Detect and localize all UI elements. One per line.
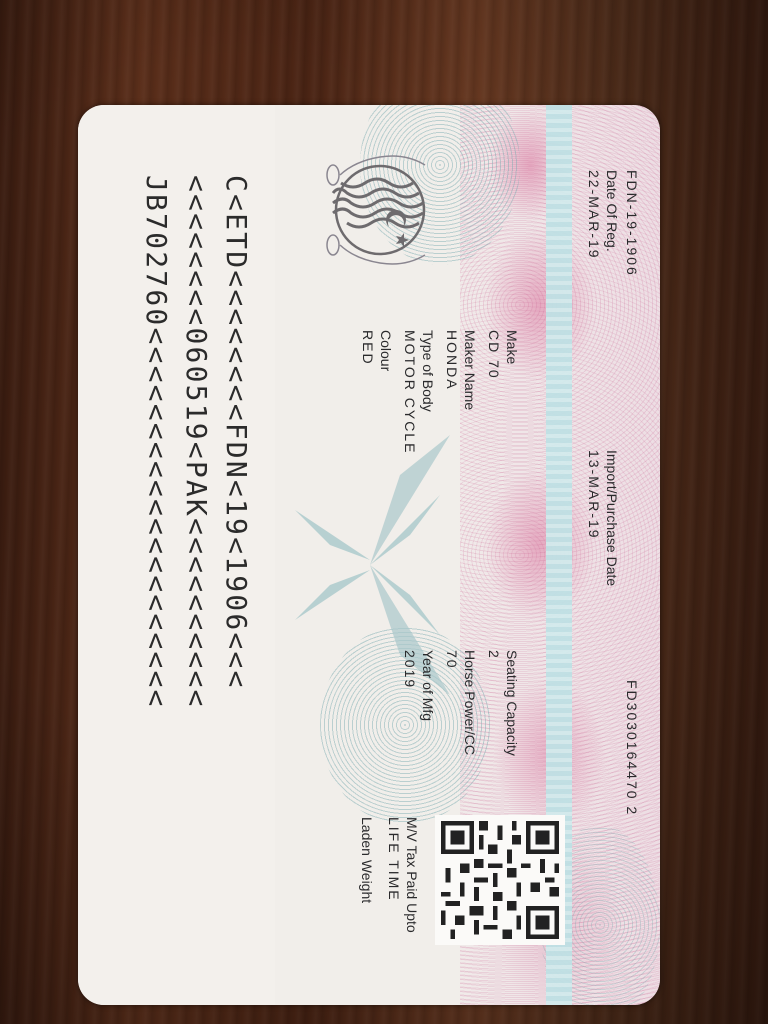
punjab-government-seal-icon — [315, 145, 445, 275]
horse-power-label: Horse Power/CC — [462, 650, 478, 755]
seating-capacity-value: 2 — [486, 650, 502, 660]
make-value: CD 70 — [486, 330, 502, 380]
type-of-body-label: Type of Body — [420, 330, 436, 412]
registration-card: FDN-19-1906 Date Of Reg. 22-MAR-19 Impor… — [78, 105, 660, 1005]
import-purchase-date-label: Import/Purchase Date — [604, 450, 620, 586]
tax-paid-upto-value: LIFE TIME — [386, 817, 402, 902]
mrz-line-2: <<<<<<<<060519<PAK<<<<<<<<<< — [180, 175, 212, 709]
colour-label: Colour — [378, 330, 394, 371]
colour-value: RED — [360, 330, 376, 366]
registration-number: FDN-19-1906 — [624, 170, 640, 277]
qr-code-icon — [441, 821, 559, 939]
serial-number: FD3030164470 2 — [624, 680, 640, 816]
tax-paid-upto-label: M/V Tax Paid Upto — [404, 817, 420, 933]
seating-capacity-label: Seating Capacity — [504, 650, 520, 756]
import-purchase-date-value: 13-MAR-19 — [586, 450, 602, 540]
mrz-line-3: JB702760<<<<<<<<<<<<<<<<<<<< — [140, 175, 172, 709]
year-of-mfg-label: Year of Mfg — [420, 650, 436, 721]
date-of-reg-label: Date Of Reg. — [604, 170, 620, 252]
laden-weight-label: Laden Weight — [359, 817, 375, 903]
mrz-line-1: C<ETD<<<<<<<<FDN<19<1906<<< — [220, 175, 252, 690]
type-of-body-value: MOTOR CYCLE — [402, 330, 418, 454]
horse-power-value: 70 — [444, 650, 460, 670]
star-motif-icon — [270, 435, 470, 695]
maker-name-value: HONDA — [444, 330, 460, 391]
make-label: Make — [504, 330, 520, 364]
maker-name-label: Maker Name — [462, 330, 478, 410]
qr-code[interactable] — [435, 815, 565, 945]
year-of-mfg-value: 2019 — [402, 650, 418, 689]
date-of-reg-value: 22-MAR-19 — [586, 170, 602, 260]
